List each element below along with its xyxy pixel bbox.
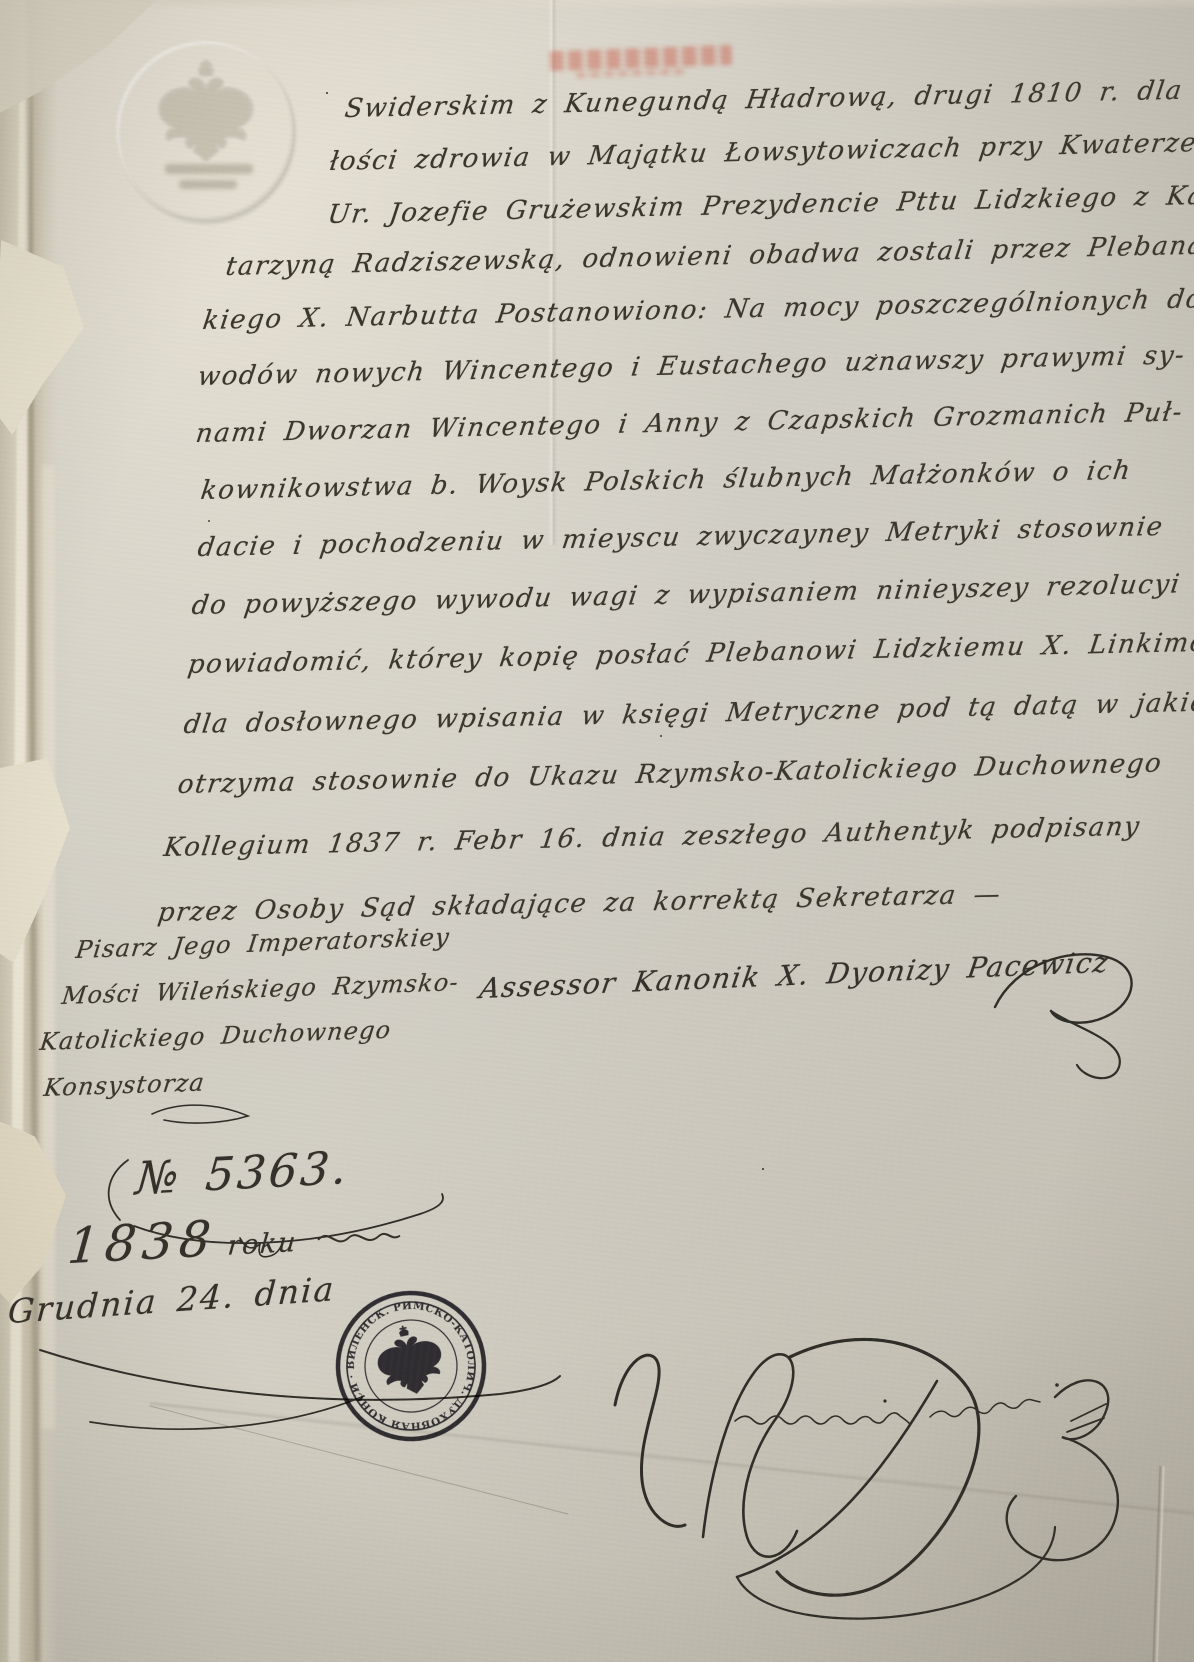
paper-top-edge xyxy=(0,0,1194,10)
faded-red-ink-stamp xyxy=(550,45,733,81)
handwritten-line: kiego X. Narbutta Postanowiono: Na mocy … xyxy=(201,284,1194,336)
embossed-seal-text xyxy=(179,180,237,189)
year-value: 1838 xyxy=(65,1210,219,1275)
handwritten-line: Swiderskim z Kunegundą Hładrową, drugi 1… xyxy=(343,74,1194,124)
secretary-signature-flourish xyxy=(585,1325,1145,1655)
double-headed-eagle-icon xyxy=(371,1319,448,1400)
torn-edge-highlight xyxy=(42,465,55,1429)
embossed-seal-text xyxy=(165,164,253,174)
year-squiggle xyxy=(313,1223,405,1250)
red-stamp-text-row xyxy=(550,45,733,71)
assessor-signature: Assessor Kanonik X. Dyonizy Pacewicz xyxy=(477,945,1111,1005)
handwritten-line: Ur. Jozefie Grużewskim Prezydencie Pttu … xyxy=(326,181,1194,230)
handwritten-line: do powyższego wywodu wagi z wypisaniem n… xyxy=(190,569,1183,621)
embossed-seal xyxy=(117,42,295,222)
handwritten-line: kownikowstwa b. Woysk Polskich ślubnych … xyxy=(199,456,1133,506)
handwritten-line: dla dosłownego wpisania w księgi Metrycz… xyxy=(182,687,1194,740)
handwritten-line: otrzyma stosownie do Ukazu Rzymsko-Katol… xyxy=(176,748,1164,800)
handwritten-line: przez Osoby Sąd składające za korrektą S… xyxy=(156,880,1003,928)
ink-specks xyxy=(326,92,328,94)
registration-number: № 5363. xyxy=(134,1141,352,1206)
side-note-line: Konsystorza xyxy=(42,1068,206,1102)
handwritten-line: wodów nowych Wincentego i Eustachego uzn… xyxy=(196,340,1187,392)
consistory-stamp: · ВИЛЕНСК. РИМСКО-КАТОЛИЧ. ДУХОВНАЯ КОНС… xyxy=(318,1273,503,1458)
handwritten-line: tarzyną Radziszewską, odnowieni obadwa z… xyxy=(224,229,1194,282)
manuscript-page: Swiderskim z Kunegundą Hładrową, drugi 1… xyxy=(0,0,1194,1662)
handwritten-line: powiadomić, którey kopię posłać Plebanow… xyxy=(186,627,1194,680)
red-stamp-text-row xyxy=(576,68,686,78)
double-headed-eagle-icon xyxy=(143,60,269,164)
handwritten-line: dacie i pochodzeniu w mieyscu zwyczayney… xyxy=(196,512,1166,563)
handwritten-line: Kollegium 1837 r. Febr 16. dnia zeszłego… xyxy=(162,812,1143,863)
handwritten-line: nami Dworzan Wincentego i Anny z Czapski… xyxy=(194,397,1185,449)
side-note-line: Pisarz Jego Imperatorskiey xyxy=(74,923,451,964)
side-note-line: Katolickiego Duchownego xyxy=(38,1016,393,1056)
year-suffix: roku xyxy=(226,1227,298,1262)
bottom-right-page-edge xyxy=(1153,1466,1165,1662)
handwritten-line: łości zdrowia w Majątku Łowsytowiczach p… xyxy=(328,128,1194,177)
side-note-line: Mości Wileńskiego Rzymsko- xyxy=(60,968,460,1010)
side-note-underline-flourish xyxy=(148,1098,258,1128)
diagonal-crease xyxy=(150,1402,1194,1515)
year-line: 1838roku xyxy=(65,1200,406,1275)
